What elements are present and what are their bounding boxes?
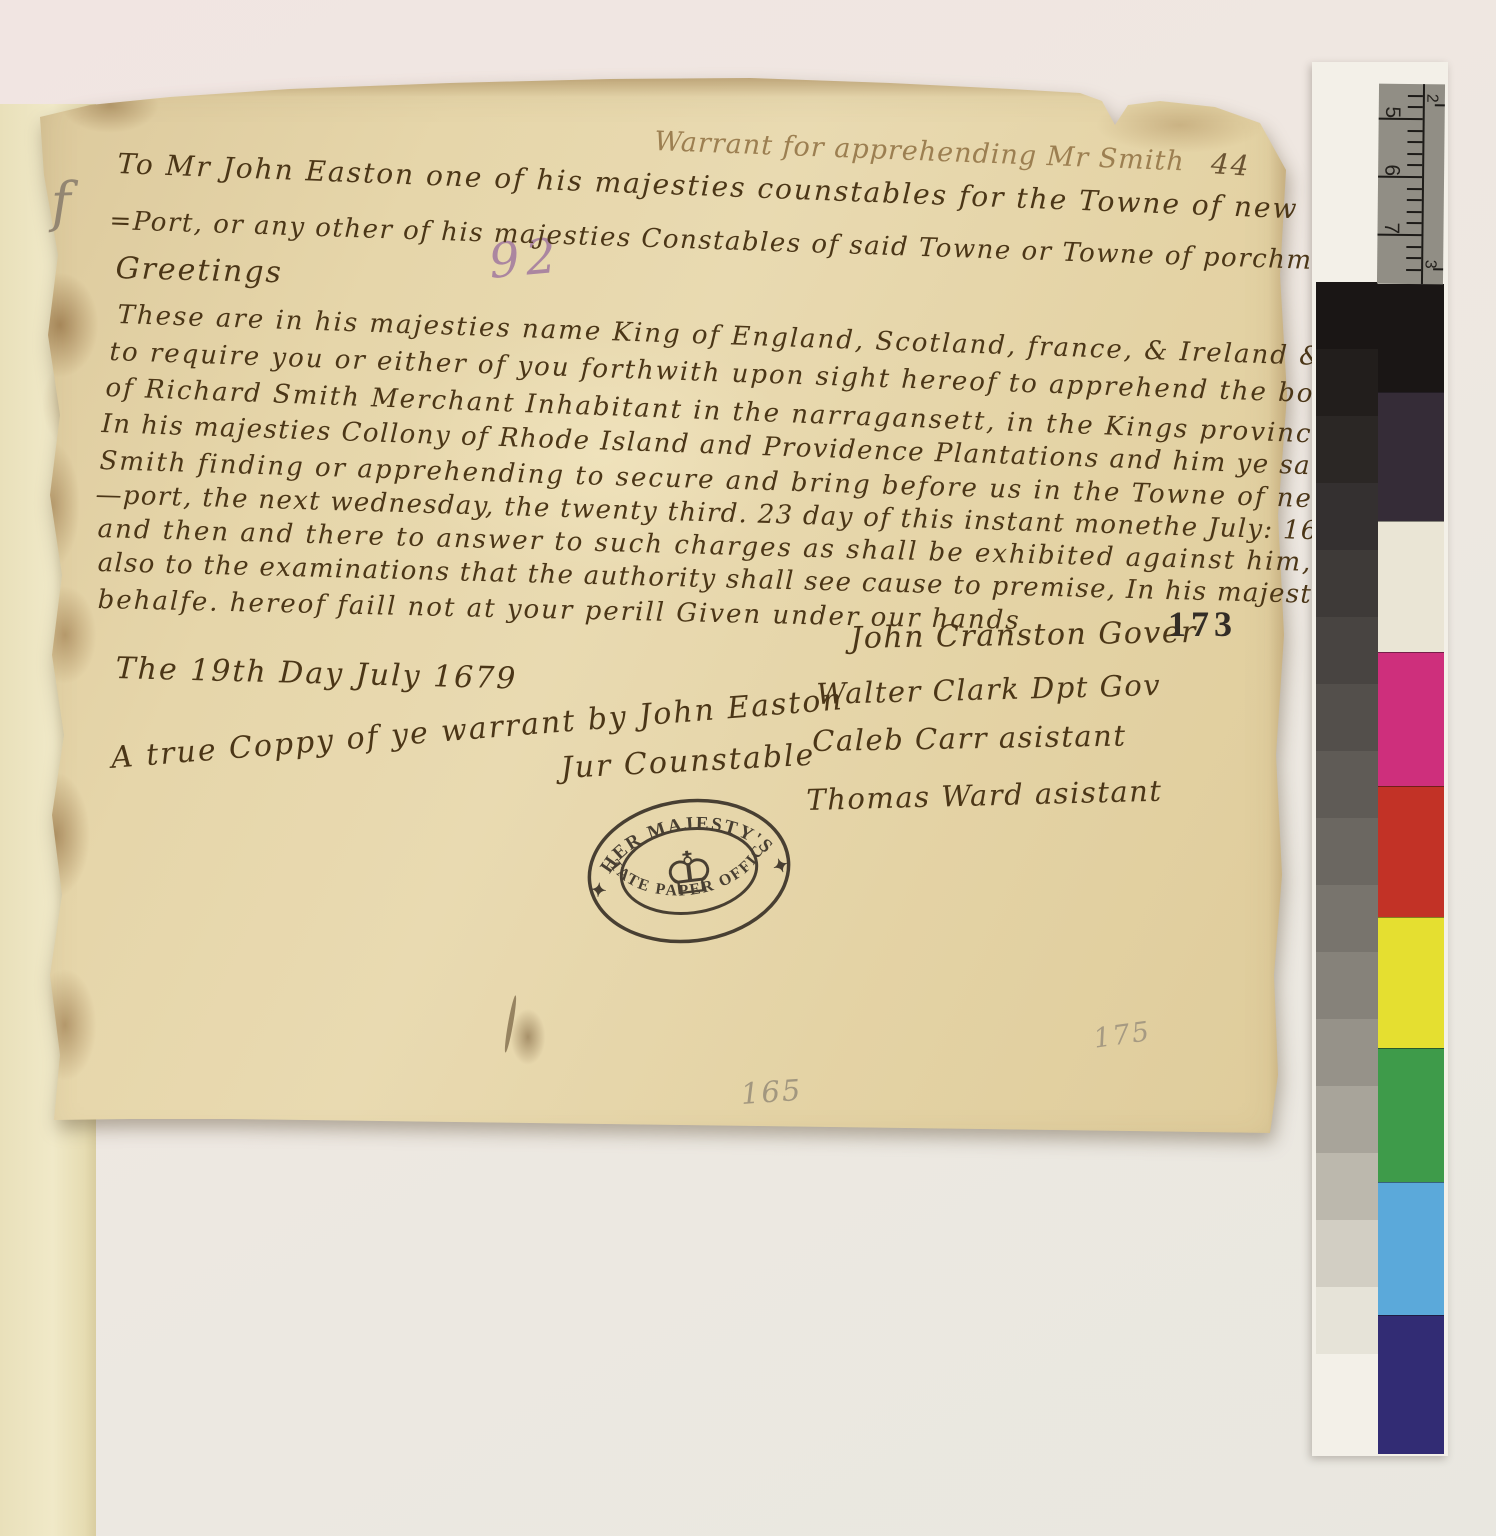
grayscale-step [1316,818,1378,885]
signature-assistant-1: Caleb Carr asistant [812,722,1127,756]
grayscale-step [1316,550,1378,617]
ruler-number: 2 [1423,94,1439,103]
color-patch-green [1378,1048,1444,1182]
ruler-edge-tick [1435,104,1445,106]
ruler-tick [1408,95,1423,97]
grayscale-step [1316,1153,1378,1220]
ruler-tick [1378,176,1422,178]
ruler-tick [1406,246,1421,248]
grayscale-step [1316,751,1378,818]
grayscale-step [1316,1220,1378,1287]
grayscale-step [1316,483,1378,550]
color-patch-black [1378,284,1444,392]
state-paper-office-stamp: ✦ HER MAJESTY'S ✦ STATE PAPER OFFICE ♔ [575,784,804,959]
color-calibration-bar: 2 5 6 7 3 [1312,62,1448,1456]
ruler-tick [1408,130,1423,132]
grayscale-step [1316,617,1378,684]
grayscale-column [1316,282,1378,1354]
ruler: 2 5 6 7 3 [1377,84,1445,285]
ruler-edge-tick [1433,268,1443,270]
ruler-scale-line [1421,84,1425,284]
ruler-tick [1407,188,1422,190]
ruler-number: 7 [1381,222,1402,234]
ruler-number: 5 [1382,106,1403,118]
ruler-tick [1408,106,1423,108]
grayscale-step [1316,1086,1378,1153]
ruler-tick [1407,222,1422,224]
crown-icon: ♔ [659,836,719,910]
color-patch-red [1378,786,1444,917]
grayscale-step [1316,684,1378,751]
grayscale-step [1316,282,1378,349]
color-patch-dark-plum [1378,392,1444,521]
ruler-tick [1407,153,1422,155]
color-patch-cream-white [1378,521,1444,652]
folio-number: 44 [1210,150,1251,181]
ruler-tick [1407,211,1422,213]
ruler-tick [1377,234,1421,236]
pencil-number-175: 175 [1092,1018,1153,1053]
grayscale-step [1316,952,1378,1019]
body-line: Greetings [115,254,283,288]
signature-governor: John Cranston Gover [850,618,1197,654]
photograph-canvas: { "document": { "annotations": { "header… [0,0,1496,1536]
color-patch-sky-blue [1378,1182,1444,1315]
ruler-number: 6 [1381,164,1402,176]
patch-column: 2 5 6 7 3 [1378,84,1444,1454]
color-patch-yellow [1378,917,1444,1048]
grayscale-step [1316,1287,1378,1354]
grayscale-step [1316,1019,1378,1086]
ruler-tick [1406,257,1421,259]
margin-mark-f: f [50,175,74,230]
ruler-tick [1407,199,1422,201]
ruler-tick [1406,269,1421,271]
signature-deputy-governor: Walter Clark Dpt Gov [816,671,1162,709]
color-patch-navy [1378,1315,1444,1454]
stamped-number-173: 173 [1168,606,1237,642]
pencil-number-165: 165 [740,1076,803,1109]
color-patch-magenta [1378,652,1444,786]
grayscale-step [1316,349,1378,416]
ruler-tick [1379,118,1423,120]
grayscale-step [1316,416,1378,483]
grayscale-step [1316,885,1378,952]
ruler-tick [1407,164,1422,166]
ruler-tick [1407,141,1422,143]
